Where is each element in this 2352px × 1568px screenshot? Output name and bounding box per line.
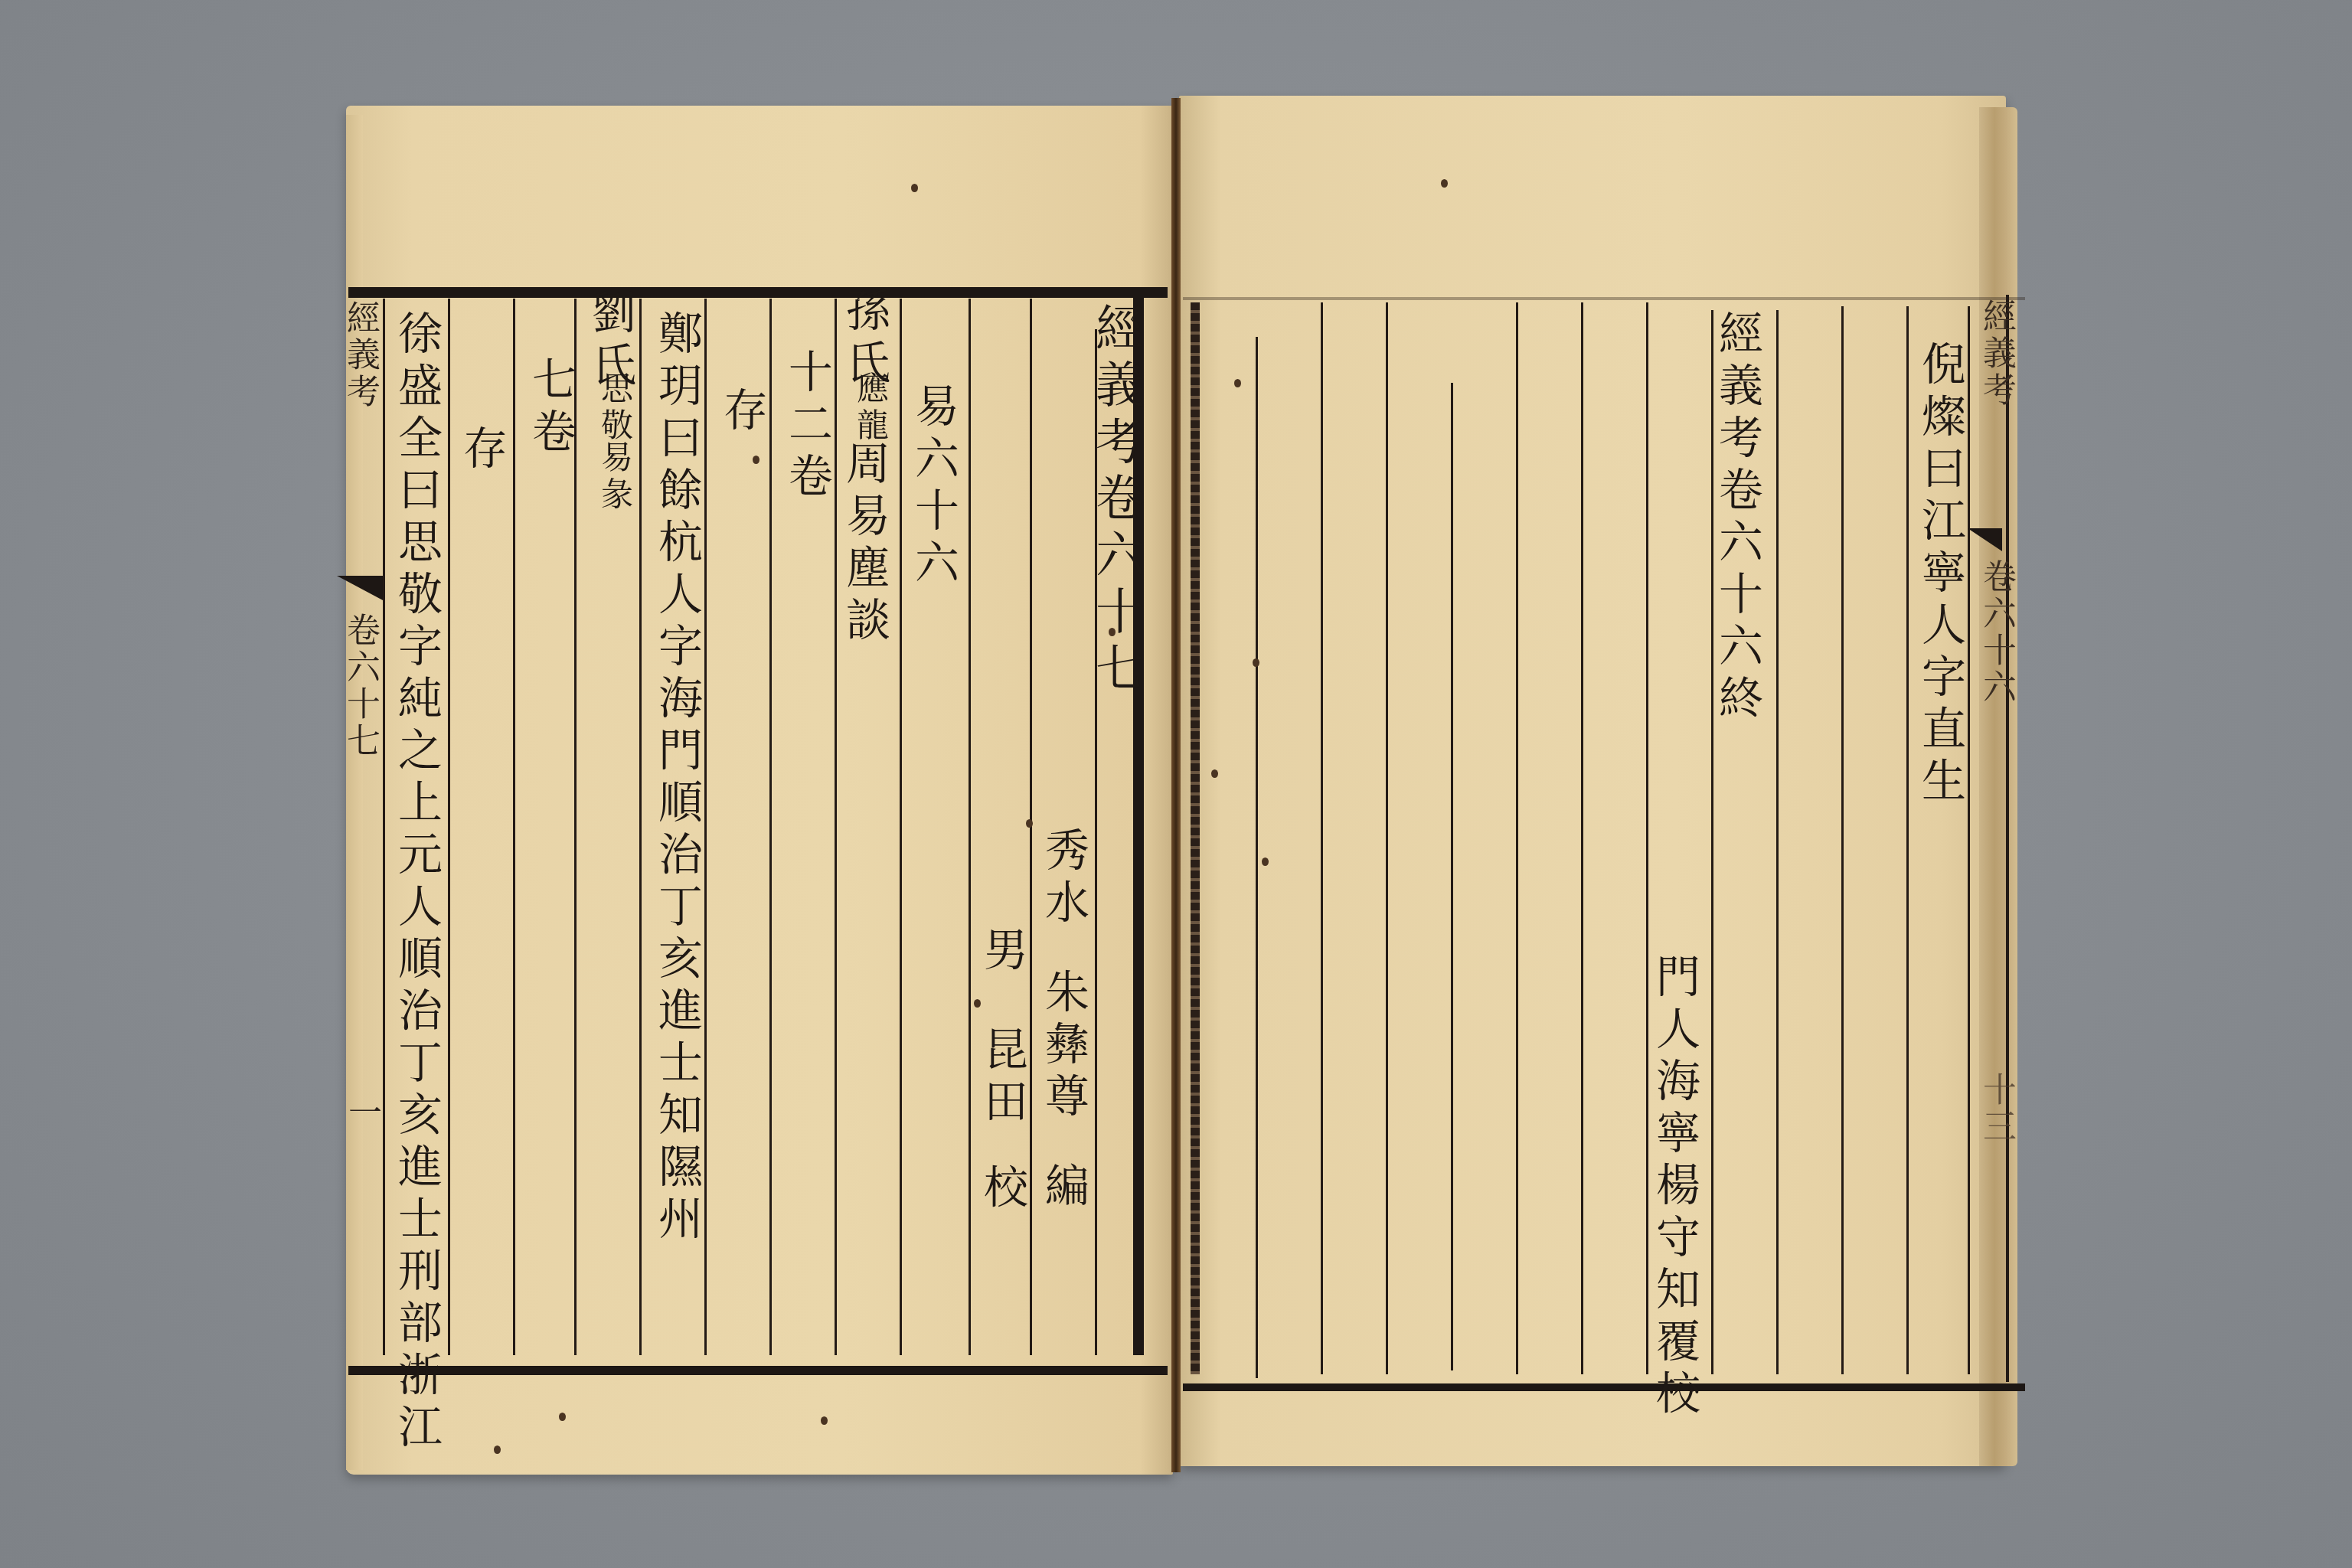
margin-chapter-right: 卷六十六 (1979, 559, 2013, 706)
column-rule (835, 299, 837, 1355)
entry-1-work-title: 周易塵談 (842, 440, 887, 648)
entry-2-status: 存 (459, 425, 504, 477)
wormhole (753, 456, 759, 464)
right-frame-outer-border (2006, 295, 2009, 1382)
wormhole (1262, 857, 1269, 866)
wormhole (1211, 769, 1218, 778)
wormhole (821, 1416, 828, 1425)
column-rule (448, 299, 450, 1355)
fishtail-mark-right (1968, 528, 2002, 551)
column-rule (383, 299, 385, 1355)
collator-name: 昆田 (980, 1026, 1024, 1130)
book-gutter (1171, 98, 1181, 1472)
entry-2-work-title: 易彖 (599, 440, 631, 514)
entry-1-commentary: 鄭玥曰餘杭人字海門順治丁亥進士知隰州 (655, 310, 699, 1247)
proofreader-credit: 門人海寧楊守知覆校 (1652, 953, 1697, 1422)
column-rule (1451, 383, 1453, 1370)
column-rule (1906, 306, 1909, 1374)
entry-2-commentary: 徐盛全曰思敬字純之上元人順治丁亥進士刑部浙江 (394, 310, 439, 1455)
entry-2-volumes: 七卷 (528, 356, 573, 460)
column-rule (1581, 302, 1583, 1374)
entry-1-given-name: 應龍 (854, 371, 887, 445)
wormhole (911, 184, 918, 192)
compiler-name: 朱彝尊 (1041, 969, 1086, 1125)
margin-book-title: 經義考 (343, 300, 377, 410)
entry-1-status: 存 (720, 387, 764, 439)
chapter-title: 經義考卷六十七 (1091, 302, 1140, 699)
compiler-role: 編 (1041, 1162, 1086, 1214)
continued-commentary: 倪燦曰江寧人字直生 (1918, 341, 1962, 809)
column-rule (1841, 306, 1844, 1374)
chapter-end-title: 經義考卷六十六終 (1715, 310, 1759, 727)
column-rule (513, 299, 515, 1355)
collator-role: 校 (980, 1164, 1024, 1216)
wormhole (1234, 379, 1241, 387)
entry-1-volumes: 十二卷 (785, 348, 829, 505)
wormhole (559, 1413, 566, 1421)
column-rule (1321, 302, 1323, 1374)
margin-page-number: 一 (345, 1095, 378, 1132)
wormhole (1441, 179, 1448, 188)
margin-book-title-right: 經義考 (1979, 299, 2013, 409)
column-rule (1776, 310, 1779, 1374)
wormhole (1253, 658, 1259, 667)
margin-chapter: 卷六十七 (343, 612, 377, 759)
wormhole (974, 999, 981, 1008)
column-rule (704, 299, 707, 1355)
section-heading: 易六十六 (911, 383, 955, 591)
wormhole (1026, 819, 1033, 828)
column-rule (969, 299, 971, 1355)
right-frame-inner-border (1191, 302, 1200, 1374)
column-rule (900, 299, 902, 1355)
wormhole (1109, 628, 1116, 636)
compiler-place: 秀水 (1041, 827, 1086, 931)
column-rule (1968, 306, 1970, 1374)
entry-2-given-name: 思敬 (599, 371, 631, 445)
collator-relation: 男 (980, 926, 1024, 978)
column-rule (1386, 302, 1388, 1374)
column-rule (1516, 302, 1518, 1374)
column-rule (1256, 337, 1258, 1378)
wormhole (494, 1445, 501, 1454)
fishtail-mark (337, 576, 383, 600)
column-rule (769, 299, 772, 1355)
margin-page-number-right: 十三 (1979, 1072, 2013, 1145)
right-page-frame (1183, 297, 2025, 1391)
column-rule (639, 299, 642, 1355)
